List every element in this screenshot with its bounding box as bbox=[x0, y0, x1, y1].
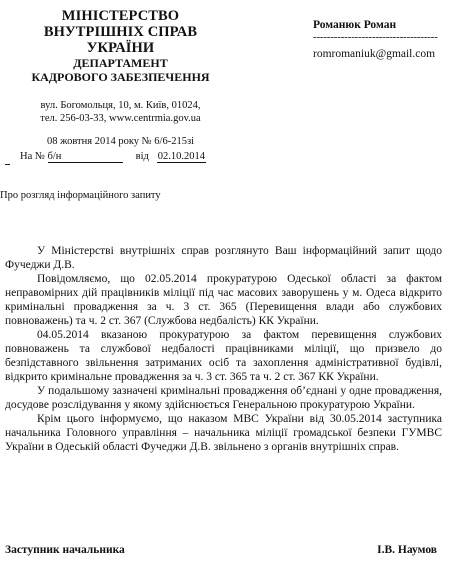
signature-block: Заступник начальника І.В. Наумов bbox=[5, 543, 442, 557]
recipient-email: romromaniuk@gmail.com bbox=[313, 47, 443, 61]
ministry-name: МІНІСТЕРСТВО ВНУТРІШНІХ СПРАВ УКРАЇНИ bbox=[8, 8, 233, 56]
reference-prefix: На № bbox=[20, 151, 45, 162]
dash-mark bbox=[5, 164, 10, 165]
reference-date: 02.10.2014 bbox=[157, 151, 206, 163]
recipient-divider: ------------------------------------ bbox=[313, 32, 443, 43]
signatory-name: І.В. Наумов bbox=[377, 543, 437, 557]
recipient-name: Романюк Роман bbox=[313, 18, 443, 32]
reference-number: б/н bbox=[48, 151, 123, 163]
department-line: КАДРОВОГО ЗАБЕЗПЕЧЕННЯ bbox=[8, 70, 233, 84]
ministry-line: УКРАЇНИ bbox=[8, 40, 233, 56]
ministry-line: МІНІСТЕРСТВО bbox=[8, 8, 233, 24]
body-paragraph: 04.05.2014 вказаною прокуратурою за факт… bbox=[5, 328, 442, 384]
ministry-line: ВНУТРІШНІХ СПРАВ bbox=[8, 24, 233, 40]
subject-line: Про розгляд інформаційного запиту bbox=[0, 189, 161, 202]
body-paragraph: Крім цього інформуємо, що наказом МВС Ук… bbox=[5, 412, 442, 454]
recipient-block: Романюк Роман --------------------------… bbox=[313, 18, 443, 61]
body-paragraph: У подальшому зазначені кримінальні прова… bbox=[5, 384, 442, 412]
reference-from-label: від bbox=[136, 151, 149, 162]
signatory-position: Заступник начальника bbox=[5, 544, 125, 556]
outgoing-number: 08 жовтня 2014 року № 6/6-215зі bbox=[8, 135, 233, 148]
department-line: ДЕПАРТАМЕНТ bbox=[8, 56, 233, 70]
letterhead: МІНІСТЕРСТВО ВНУТРІШНІХ СПРАВ УКРАЇНИ ДЕ… bbox=[8, 8, 233, 148]
letter-body: У Міністерстві внутрішніх справ розгляну… bbox=[5, 244, 442, 454]
body-paragraph: Повідомляємо, що 02.05.2014 прокуратурою… bbox=[5, 272, 442, 328]
department-name: ДЕПАРТАМЕНТ КАДРОВОГО ЗАБЕЗПЕЧЕННЯ bbox=[8, 56, 233, 84]
address-line: тел. 256-03-33, www.centrmia.gov.ua bbox=[8, 112, 233, 125]
reference-line: На № б/н від 02.10.2014 bbox=[20, 150, 206, 163]
address-line: вул. Богомольця, 10, м. Київ, 01024, bbox=[8, 99, 233, 112]
address: вул. Богомольця, 10, м. Київ, 01024, тел… bbox=[8, 99, 233, 125]
body-paragraph: У Міністерстві внутрішніх справ розгляну… bbox=[5, 244, 442, 272]
